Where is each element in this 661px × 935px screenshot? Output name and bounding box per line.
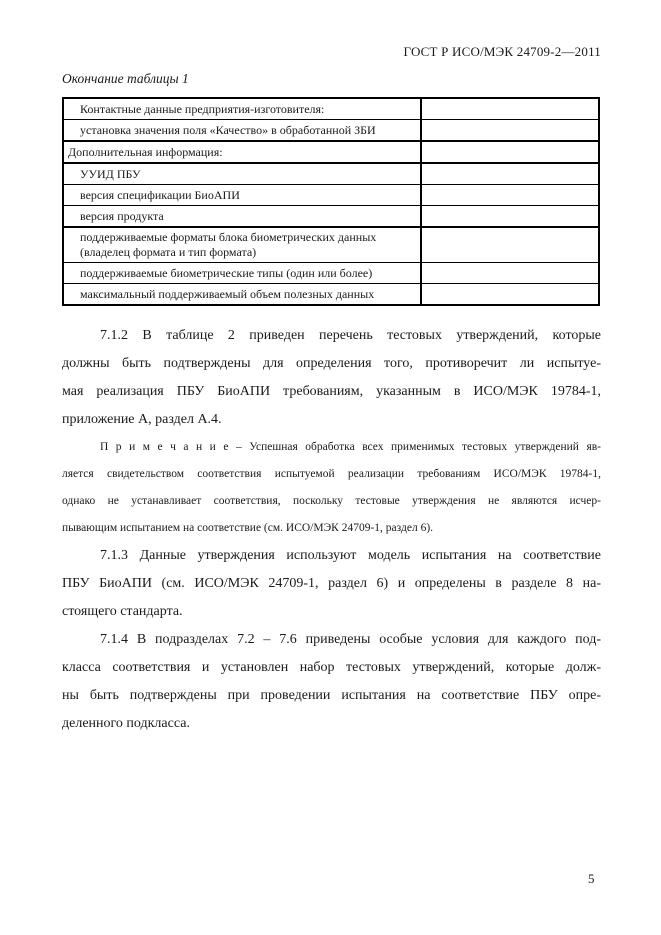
table-row: установка значения поля «Качество» в обр… <box>64 120 598 142</box>
table-cell-label: поддерживаемые биометрические типы (один… <box>64 263 422 283</box>
table-cell-value <box>422 263 598 283</box>
table-row: Контактные данные предприятия-изготовите… <box>64 99 598 120</box>
table-cell-text: Дополнительная информация: <box>68 145 416 160</box>
text-line: 7.1.4 В подразделах 7.2 – 7.6 приведены … <box>62 626 601 654</box>
text-line: приложение А, раздел А.4. <box>62 406 601 434</box>
text-line: мая реализация ПБУ БиоАПИ требованиям, у… <box>62 378 601 406</box>
text-line: ны быть подтверждены при проведении испы… <box>62 682 601 710</box>
conformance-table: Контактные данные предприятия-изготовите… <box>62 97 600 306</box>
table-row: версия спецификации БиоАПИ <box>64 185 598 206</box>
body-text: 7.1.2 В таблице 2 приведен перечень тест… <box>62 322 601 738</box>
paragraph-7-1-4: 7.1.4 В подразделах 7.2 – 7.6 приведены … <box>62 626 601 738</box>
table-cell-value <box>422 206 598 226</box>
table-cell-value <box>422 228 598 262</box>
table-cell-value <box>422 120 598 140</box>
text-line: стоящего стандарта. <box>62 598 601 626</box>
table-row: максимальный поддерживаемый объем полезн… <box>64 284 598 304</box>
table-cell-text: поддерживаемые форматы блока биометричес… <box>80 230 416 245</box>
table-cell-label: версия спецификации БиоАПИ <box>64 185 422 205</box>
table-cell-text: Контактные данные предприятия-изготовите… <box>80 102 416 117</box>
table-cell-label: установка значения поля «Качество» в обр… <box>64 120 422 140</box>
text-line: однако не устанавливает соответствия, по… <box>62 488 601 515</box>
table-cell-text-line2: (владелец формата и тип формата) <box>80 245 416 260</box>
table-row: версия продукта <box>64 206 598 228</box>
text-line: ляется свидетельством соответствия испыт… <box>62 461 601 488</box>
table-row: Дополнительная информация: <box>64 142 598 164</box>
table-cell-label: Контактные данные предприятия-изготовите… <box>64 99 422 119</box>
text-line: класса соответствия и установлен набор т… <box>62 654 601 682</box>
table-caption: Окончание таблицы 1 <box>62 71 601 87</box>
text-line: 7.1.3 Данные утверждения используют моде… <box>62 542 601 570</box>
table-cell-value <box>422 164 598 184</box>
text-line: П р и м е ч а н и е – Успешная обработка… <box>62 434 601 461</box>
text-line: 7.1.2 В таблице 2 приведен перечень тест… <box>62 322 601 350</box>
table-row: поддерживаемые биометрические типы (один… <box>64 263 598 284</box>
table-cell-label: версия продукта <box>64 206 422 226</box>
table-cell-text: максимальный поддерживаемый объем полезн… <box>80 287 416 302</box>
table-cell-text: версия продукта <box>80 209 416 224</box>
paragraph-7-1-3: 7.1.3 Данные утверждения используют моде… <box>62 542 601 626</box>
table-cell-value <box>422 284 598 304</box>
table-cell-text: версия спецификации БиоАПИ <box>80 188 416 203</box>
table-cell-text: установка значения поля «Качество» в обр… <box>80 123 416 138</box>
text-line: деленного подкласса. <box>62 710 601 738</box>
note-paragraph: П р и м е ч а н и е – Успешная обработка… <box>62 434 601 542</box>
document-page: { "colors": { "text": "#1a1a1a", "border… <box>0 0 661 935</box>
doc-standard-number: ГОСТ Р ИСО/МЭК 24709-2—2011 <box>62 44 601 59</box>
table-cell-value <box>422 99 598 119</box>
table-row: УУИД ПБУ <box>64 164 598 185</box>
table-cell-label: максимальный поддерживаемый объем полезн… <box>64 284 422 304</box>
table-cell-text: УУИД ПБУ <box>80 167 416 182</box>
table-cell-text: поддерживаемые биометрические типы (один… <box>80 266 416 281</box>
paragraph-7-1-2: 7.1.2 В таблице 2 приведен перечень тест… <box>62 322 601 434</box>
text-line: ПБУ БиоАПИ (см. ИСО/МЭК 24709-1, раздел … <box>62 570 601 598</box>
table-cell-label: УУИД ПБУ <box>64 164 422 184</box>
text-line: пывающим испытанием на соответствие (см.… <box>62 515 601 542</box>
table-cell-label: Дополнительная информация: <box>64 142 422 162</box>
table-cell-value <box>422 185 598 205</box>
table-cell-label: поддерживаемые форматы блока биометричес… <box>64 228 422 262</box>
page-content: ГОСТ Р ИСО/МЭК 24709-2—2011 Окончание та… <box>0 0 661 738</box>
page-number: 5 <box>588 871 595 887</box>
table-cell-value <box>422 142 598 162</box>
table-row: поддерживаемые форматы блока биометричес… <box>64 228 598 263</box>
text-line: должны быть подтверждены для определения… <box>62 350 601 378</box>
